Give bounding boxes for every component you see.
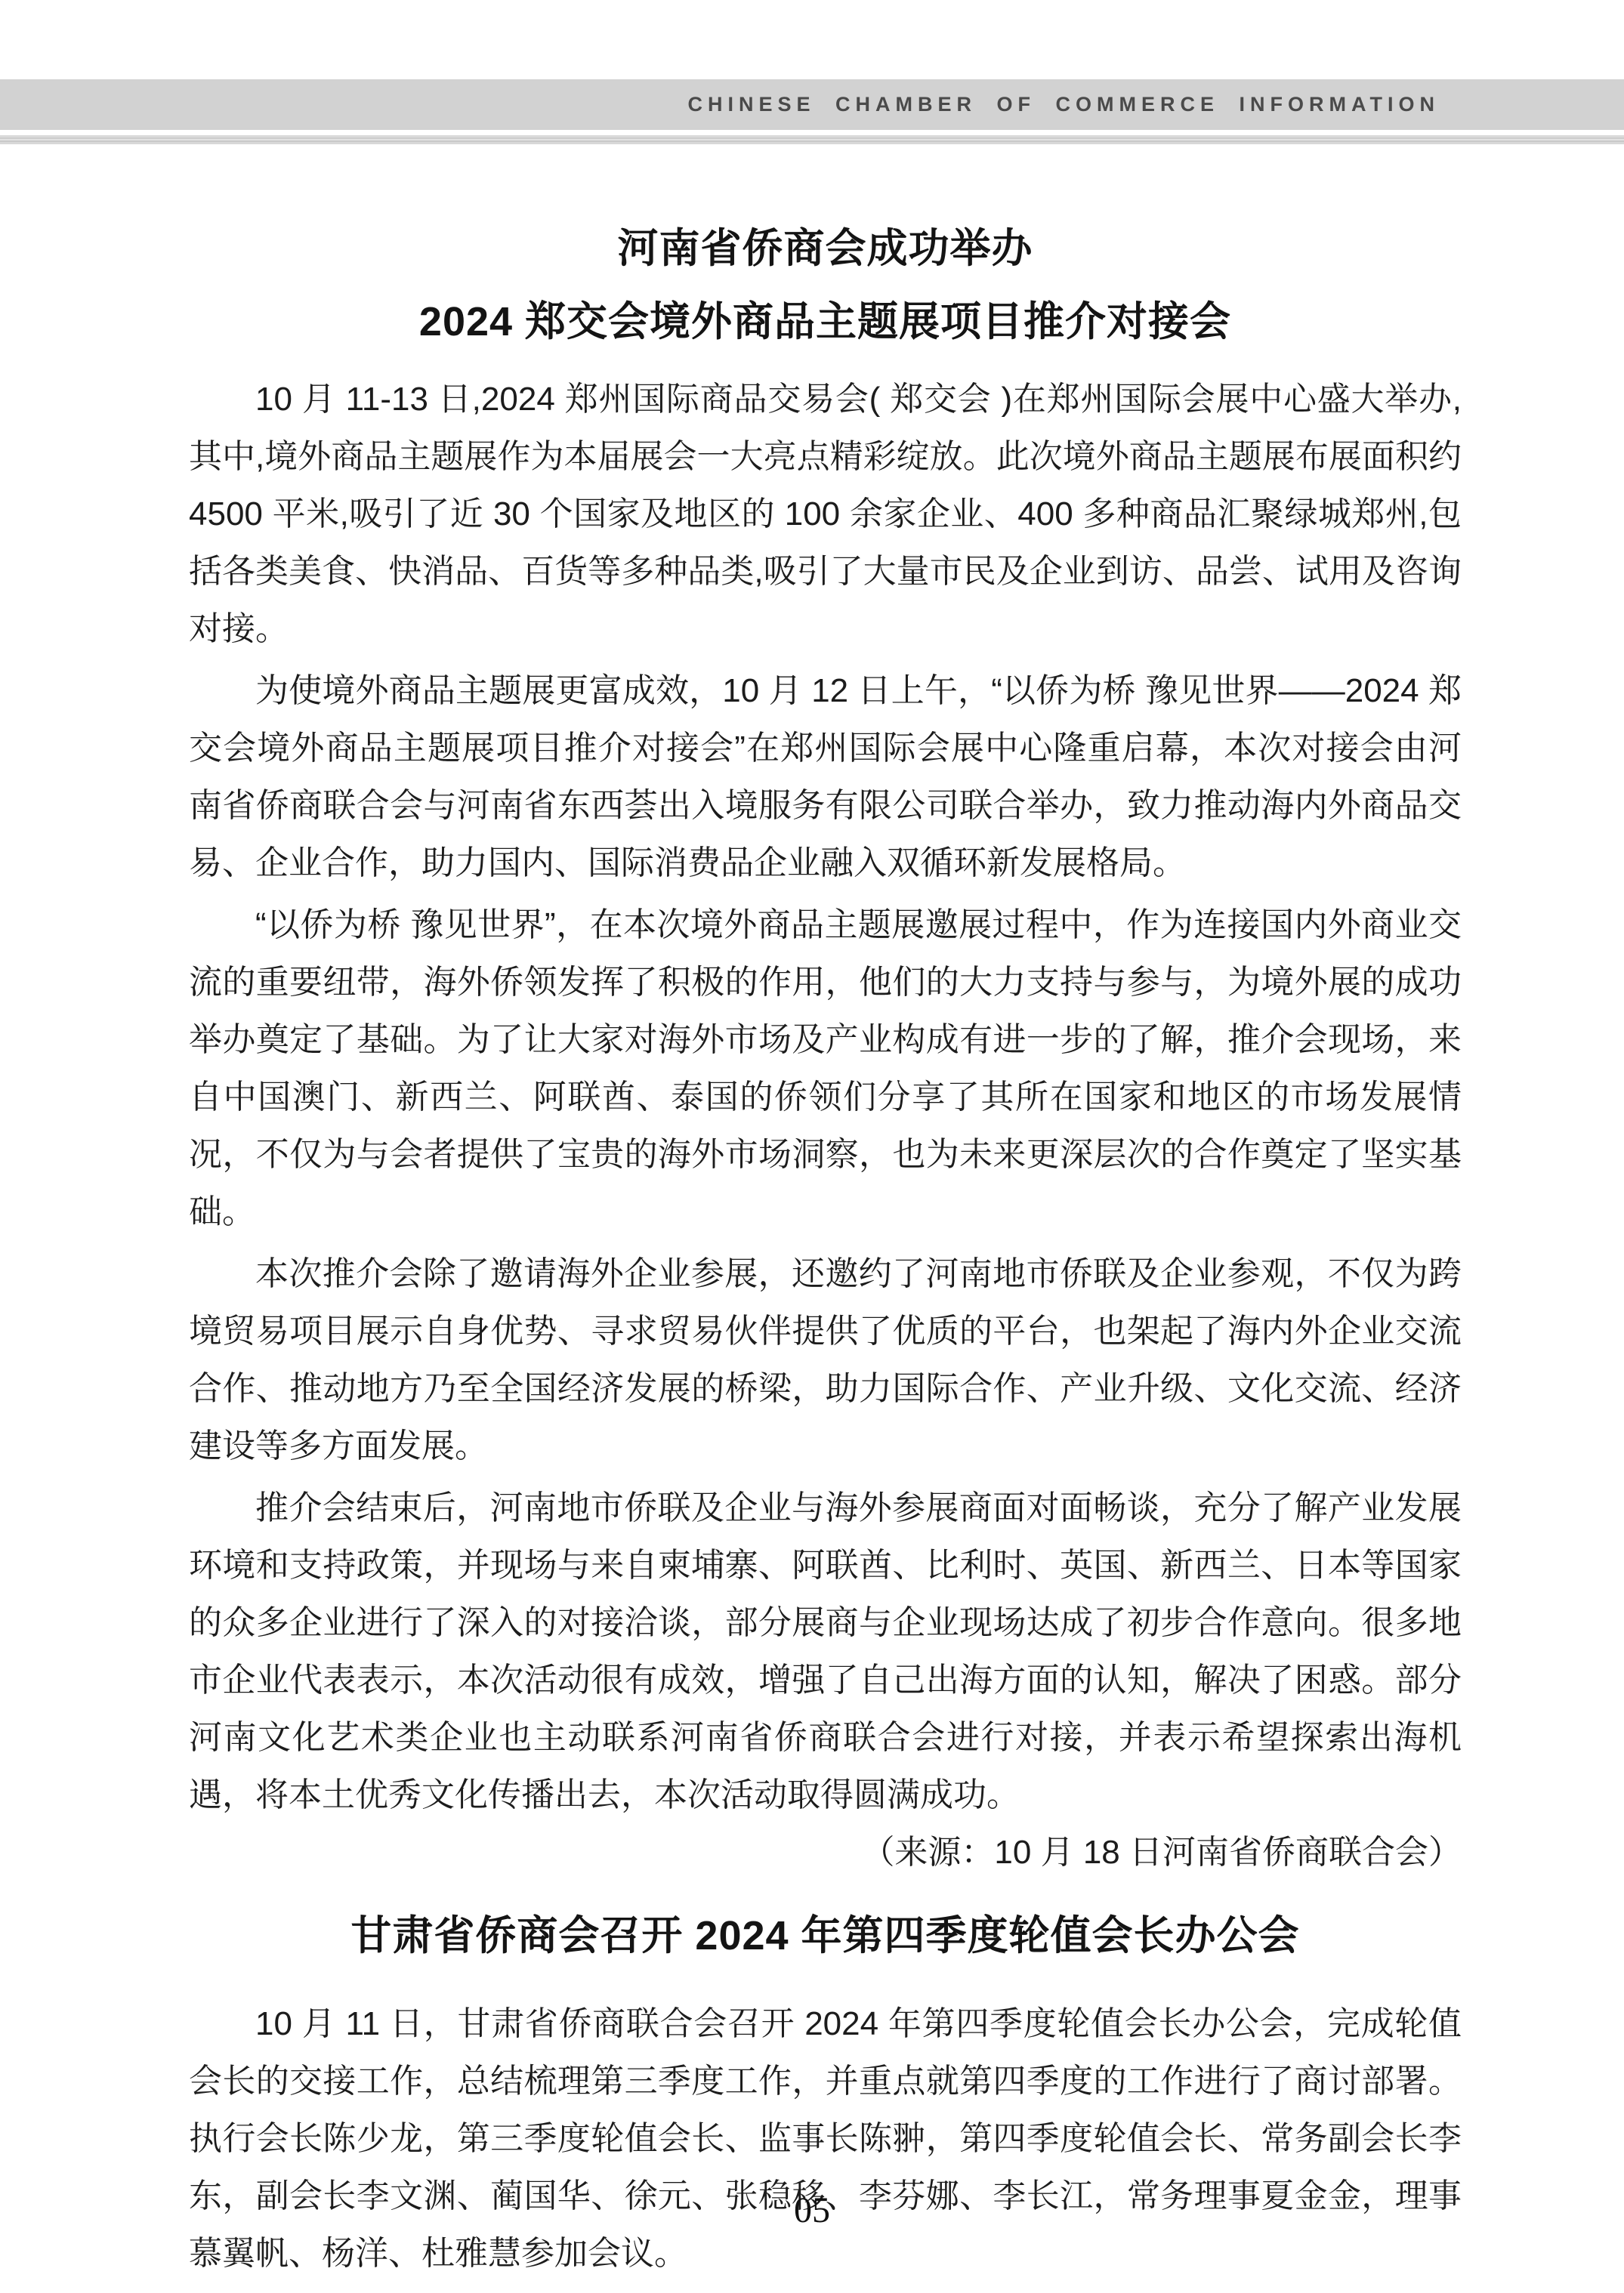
page-footer: 05 bbox=[0, 2190, 1624, 2231]
article1-title-line2: 2024 郑交会境外商品主题展项目推介对接会 bbox=[189, 285, 1462, 359]
paragraph: 10 月 11-13 日,2024 郑州国际商品交易会( 郑交会 )在郑州国际会… bbox=[189, 371, 1462, 658]
page: CHINESE CHAMBER OF COMMERCE INFORMATION … bbox=[0, 0, 1624, 2293]
page-number: 05 bbox=[794, 2190, 830, 2230]
paragraph: “以侨为桥 豫见世界”，在本次境外商品主题展邀展过程中，作为连接国内外商业交流的… bbox=[189, 897, 1462, 1241]
article1-title-line1: 河南省侨商会成功举办 bbox=[189, 212, 1462, 285]
paragraph: 为使境外商品主题展更富成效，10 月 12 日上午，“以侨为桥 豫见世界——20… bbox=[189, 662, 1462, 892]
header-banner-bar: CHINESE CHAMBER OF COMMERCE INFORMATION bbox=[0, 79, 1624, 130]
article1-title: 河南省侨商会成功举办 2024 郑交会境外商品主题展项目推介对接会 bbox=[189, 212, 1462, 359]
source-note: （来源：10 月 18 日河南省侨商联合会） bbox=[861, 1824, 1462, 1881]
article2-title: 甘肃省侨商会召开 2024 年第四季度轮值会长办公会 bbox=[189, 1900, 1462, 1973]
paragraph: 10 月 11 日，甘肃省侨商联合会召开 2024 年第四季度轮值会长办公会，完… bbox=[189, 1995, 1462, 2282]
article2-title-line1: 甘肃省侨商会召开 2024 年第四季度轮值会长办公会 bbox=[189, 1900, 1462, 1973]
page-content: 河南省侨商会成功举办 2024 郑交会境外商品主题展项目推介对接会 10 月 1… bbox=[189, 144, 1462, 2287]
article1-body: 10 月 11-13 日,2024 郑州国际商品交易会( 郑交会 )在郑州国际会… bbox=[189, 371, 1462, 1824]
paragraph-with-source: 推介会结束后，河南地市侨联及企业与海外参展商面对面畅谈，充分了解产业发展环境和支… bbox=[189, 1480, 1462, 1824]
paragraph: 本次推介会除了邀请海外企业参展，还邀约了河南地市侨联及企业参观，不仅为跨境贸易项… bbox=[189, 1245, 1462, 1475]
article2-body: 10 月 11 日，甘肃省侨商联合会召开 2024 年第四季度轮值会长办公会，完… bbox=[189, 1995, 1462, 2282]
header-divider-band bbox=[0, 135, 1624, 144]
paragraph-text: 推介会结束后，河南地市侨联及企业与海外参展商面对面畅谈，充分了解产业发展环境和支… bbox=[189, 1489, 1462, 1813]
banner-title: CHINESE CHAMBER OF COMMERCE INFORMATION bbox=[688, 79, 1440, 130]
